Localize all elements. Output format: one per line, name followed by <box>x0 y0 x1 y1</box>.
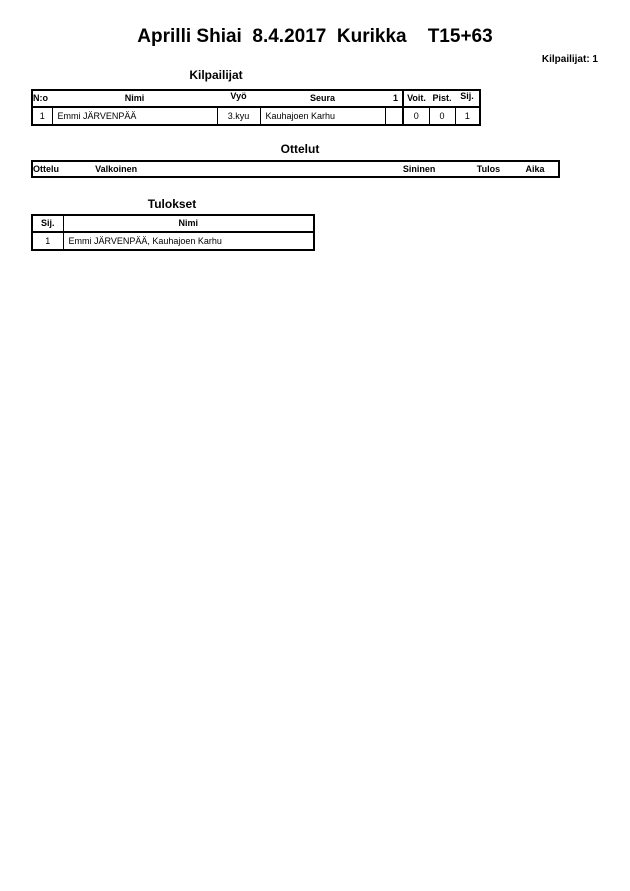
col-white: Valkoinen <box>59 161 173 177</box>
col-place: Sij. <box>455 90 480 107</box>
table-row: 1 Emmi JÄRVENPÄÄ 3.kyu Kauhajoen Karhu 0… <box>32 107 480 125</box>
competitor-count: Kilpailijat: 1 <box>542 54 598 65</box>
competitors-heading: Kilpailijat <box>156 68 276 82</box>
col-belt: Vyö <box>217 90 260 107</box>
cell-points: 0 <box>429 107 455 125</box>
cell-belt: 3.kyu <box>217 107 260 125</box>
competitors-header-row: N:o Nimi Vyö Seura 1 Voit. Pist. Sij. <box>32 90 480 107</box>
col-points: Pist. <box>429 90 455 107</box>
cell-wins: 0 <box>403 107 429 125</box>
matches-heading: Ottelut <box>240 142 360 156</box>
matches-header-row: Ottelu Valkoinen Sininen Tulos Aika <box>32 161 559 177</box>
col-club: Seura <box>260 90 385 107</box>
col-match: Ottelu <box>32 161 59 177</box>
col-no: N:o <box>32 90 52 107</box>
cell-name: Emmi JÄRVENPÄÄ, Kauhajoen Karhu <box>63 232 314 250</box>
col-time: Aika <box>512 161 559 177</box>
results-table: Sij. Nimi 1 Emmi JÄRVENPÄÄ, Kauhajoen Ka… <box>31 214 315 251</box>
table-row: 1 Emmi JÄRVENPÄÄ, Kauhajoen Karhu <box>32 232 314 250</box>
col-blue: Sininen <box>173 161 435 177</box>
cell-name: Emmi JÄRVENPÄÄ <box>52 107 217 125</box>
cell-no: 1 <box>32 107 52 125</box>
col-place: Sij. <box>32 215 63 232</box>
col-round-1: 1 <box>385 90 403 107</box>
col-name: Nimi <box>63 215 314 232</box>
cell-place: 1 <box>455 107 480 125</box>
page-title: Aprilli Shiai 8.4.2017 Kurikka T15+63 <box>0 26 630 48</box>
cell-place: 1 <box>32 232 63 250</box>
col-name: Nimi <box>52 90 217 107</box>
cell-round-1 <box>385 107 403 125</box>
cell-club: Kauhajoen Karhu <box>260 107 385 125</box>
col-result: Tulos <box>435 161 512 177</box>
matches-table: Ottelu Valkoinen Sininen Tulos Aika <box>31 160 560 178</box>
col-wins: Voit. <box>403 90 429 107</box>
competitors-table: N:o Nimi Vyö Seura 1 Voit. Pist. Sij. 1 … <box>31 89 481 126</box>
results-header-row: Sij. Nimi <box>32 215 314 232</box>
results-heading: Tulokset <box>112 197 232 211</box>
